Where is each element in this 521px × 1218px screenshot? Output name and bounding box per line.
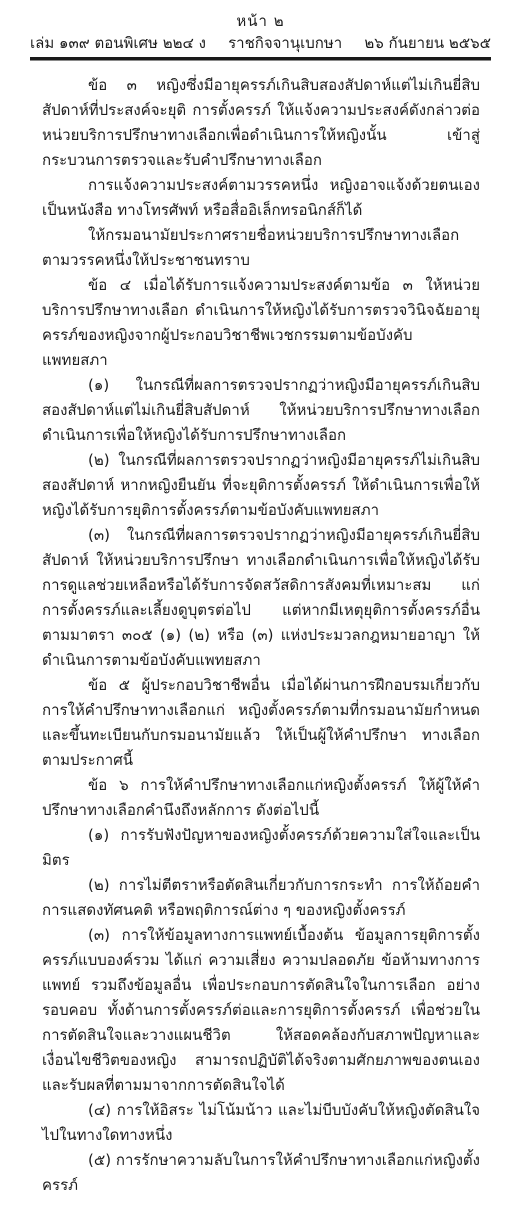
document-body: ข้อ ๓ หญิงซึ่งมีอายุครรภ์เกินสิบสองสัปดา… <box>0 61 521 1218</box>
clause-3-announce-list: ให้กรมอนามัยประกาศรายชื่อหน่วยบริการปรึก… <box>42 223 480 273</box>
clause-6-item-2: (๒) การไม่ตีตราหรือตัดสินเกี่ยวกับการกระ… <box>42 873 480 923</box>
clause-4-item-2: (๒) ในกรณีที่ผลการตรวจปรากฏว่าหญิงมีอายุ… <box>42 448 480 523</box>
clause-4-item-3: (๓) ในกรณีที่ผลการตรวจปรากฏว่าหญิงมีอายุ… <box>42 523 480 673</box>
clause-6-paragraph: ข้อ ๖ การให้คำปรึกษาทางเลือกแก่หญิงตั้งค… <box>42 773 480 823</box>
clause-6-item-5: (๕) การรักษาความลับในการให้คำปรึกษาทางเล… <box>42 1148 480 1198</box>
clause-4-paragraph: ข้อ ๔ เมื่อได้รับการแจ้งความประสงค์ตามข้… <box>42 273 480 373</box>
page-number: หน้า ๒ <box>30 10 491 32</box>
gazette-header: หน้า ๒ เล่ม ๑๓๙ ตอนพิเศษ ๒๒๔ ง ราชกิจจาน… <box>0 10 521 61</box>
clause-4-item-1: (๑) ในกรณีที่ผลการตรวจปรากฏว่าหญิงมีอายุ… <box>42 373 480 448</box>
clause-3-notify-methods: การแจ้งความประสงค์ตามวรรคหนึ่ง หญิงอาจแจ… <box>42 173 480 223</box>
publication-date: ๒๖ กันยายน ๒๕๖๕ <box>364 33 491 54</box>
clause-6-item-4: (๔) การให้อิสระ ไม่โน้มน้าว และไม่บีบบัง… <box>42 1098 480 1148</box>
gazette-title: ราชกิจจานุเบกษา <box>206 33 364 54</box>
header-meta-row: เล่ม ๑๓๙ ตอนพิเศษ ๒๒๔ ง ราชกิจจานุเบกษา … <box>30 33 491 54</box>
volume-info: เล่ม ๑๓๙ ตอนพิเศษ ๒๒๔ ง <box>30 33 206 54</box>
clause-3-paragraph: ข้อ ๓ หญิงซึ่งมีอายุครรภ์เกินสิบสองสัปดา… <box>42 73 480 173</box>
clause-6-item-1: (๑) การรับฟังปัญหาของหญิงตั้งครรภ์ด้วยคว… <box>42 823 480 873</box>
clause-5-paragraph: ข้อ ๕ ผู้ประกอบวิชาชีพอื่น เมื่อได้ผ่านก… <box>42 673 480 773</box>
clause-6-item-3: (๓) การให้ข้อมูลทางการแพทย์เบื้องต้น ข้อ… <box>42 923 480 1098</box>
gazette-page: หน้า ๒ เล่ม ๑๓๙ ตอนพิเศษ ๒๒๔ ง ราชกิจจาน… <box>0 0 521 1218</box>
